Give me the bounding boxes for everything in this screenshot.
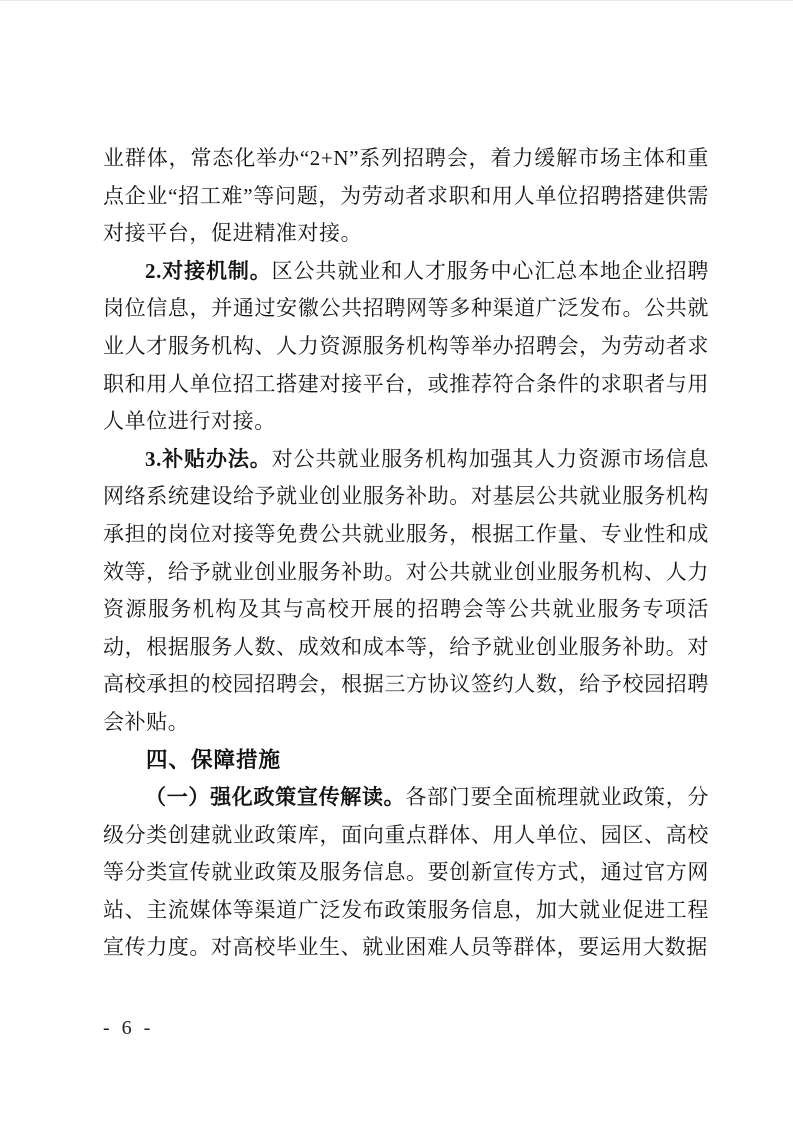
paragraph-item-2-body: 区公共就业和人才服务中心汇总本地企业招聘岗位信息，并通过安徽公共招聘网等多种渠道… <box>103 259 709 433</box>
paragraph-item-4-lead: （一）强化政策宣传解读。 <box>145 785 405 809</box>
paragraph-item-3-lead: 3.补贴办法。 <box>145 447 272 471</box>
paragraph-item-3: 3.补贴办法。对公共就业服务机构加强其人力资源市场信息网络系统建设给予就业创业服… <box>103 441 709 742</box>
paragraph-continuation: 业群体，常态化举办“2+N”系列招聘会，着力缓解市场主体和重点企业“招工难”等问… <box>103 140 709 253</box>
paragraph-item-4-body: 各部门要全面梳理就业政策，分级分类创建就业政策库，面向重点群体、用人单位、园区、… <box>103 785 709 959</box>
page-number: - 6 - <box>103 1017 151 1040</box>
document-page: 业群体，常态化举办“2+N”系列招聘会，着力缓解市场主体和重点企业“招工难”等问… <box>0 0 793 1122</box>
section-heading-4: 四、保障措施 <box>103 742 709 780</box>
paragraph-item-3-body: 对公共就业服务机构加强其人力资源市场信息网络系统建设给予就业创业服务补助。对基层… <box>103 447 709 734</box>
paragraph-item-2: 2.对接机制。区公共就业和人才服务中心汇总本地企业招聘岗位信息，并通过安徽公共招… <box>103 253 709 441</box>
document-body: 业群体，常态化举办“2+N”系列招聘会，着力缓解市场主体和重点企业“招工难”等问… <box>103 140 709 967</box>
paragraph-item-4: （一）强化政策宣传解读。各部门要全面梳理就业政策，分级分类创建就业政策库，面向重… <box>103 779 709 967</box>
page-top-edge-line <box>0 0 793 1</box>
paragraph-item-2-lead: 2.对接机制。 <box>145 259 272 283</box>
